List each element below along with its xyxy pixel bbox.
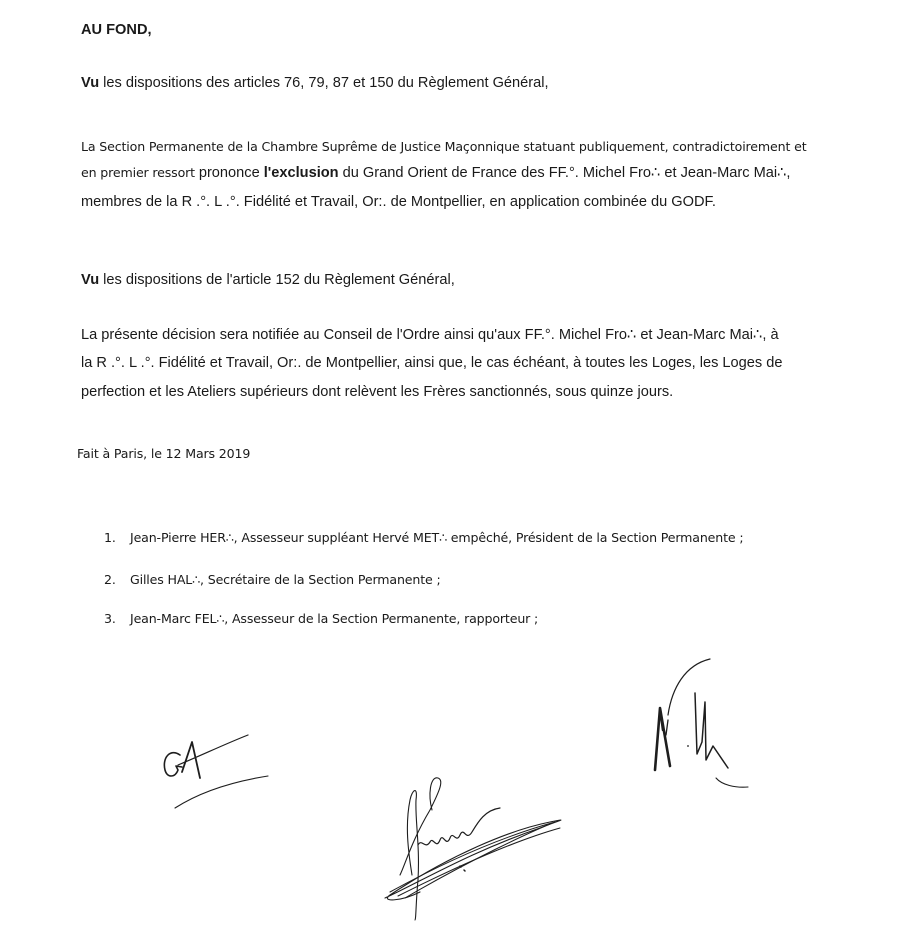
- list-number: 2.: [104, 572, 130, 587]
- signatory-item: 3.Jean-Marc FEL∴, Assesseur de la Sectio…: [104, 611, 538, 626]
- vu-articles-line: Vu les dispositions des articles 76, 79,…: [81, 75, 549, 91]
- place-date: Fait à Paris, le 12 Mars 2019: [77, 446, 250, 461]
- notification-line-3: perfection et les Ateliers supérieurs do…: [81, 384, 673, 400]
- decision-line-2-prononce: prononce: [199, 165, 264, 181]
- vu-label-2: Vu: [81, 272, 99, 288]
- signatory-item: 2.Gilles HAL∴, Secrétaire de la Section …: [104, 572, 441, 587]
- vu-articles-text: les dispositions des articles 76, 79, 87…: [99, 75, 548, 91]
- section-heading: AU FOND,: [81, 22, 152, 38]
- notification-line-2: la R .°. L .°. Fidélité et Travail, Or:.…: [81, 355, 782, 371]
- notification-line-1: La présente décision sera notifiée au Co…: [81, 326, 779, 343]
- decision-line-3: membres de la R .°. L .°. Fidélité et Tr…: [81, 194, 716, 210]
- vu-article-152-line: Vu les dispositions de l'article 152 du …: [81, 272, 455, 288]
- signatory-item: 1.Jean-Pierre HER∴, Assesseur suppléant …: [104, 530, 743, 545]
- signature-left: [140, 720, 290, 820]
- signatory-text: Jean-Marc FEL∴, Assesseur de la Section …: [130, 611, 538, 626]
- vu-article-152-text: les dispositions de l'article 152 du Règ…: [99, 272, 455, 288]
- signatory-text: Jean-Pierre HER∴, Assesseur suppléant He…: [130, 530, 743, 545]
- decision-line-1: La Section Permanente de la Chambre Supr…: [81, 139, 806, 154]
- decision-line-2-start: en premier ressort: [81, 165, 199, 180]
- decision-line-2-rest: du Grand Orient de France des FF.°. Mich…: [339, 165, 791, 181]
- list-number: 3.: [104, 611, 130, 626]
- exclusion-term: l'exclusion: [264, 165, 339, 181]
- decision-line-2: en premier ressort prononce l'exclusion …: [81, 164, 790, 182]
- signatory-text: Gilles HAL∴, Secrétaire de la Section Pe…: [130, 572, 441, 587]
- list-number: 1.: [104, 530, 130, 545]
- signature-center: [360, 770, 570, 926]
- vu-label: Vu: [81, 75, 99, 91]
- signature-right: [630, 650, 780, 800]
